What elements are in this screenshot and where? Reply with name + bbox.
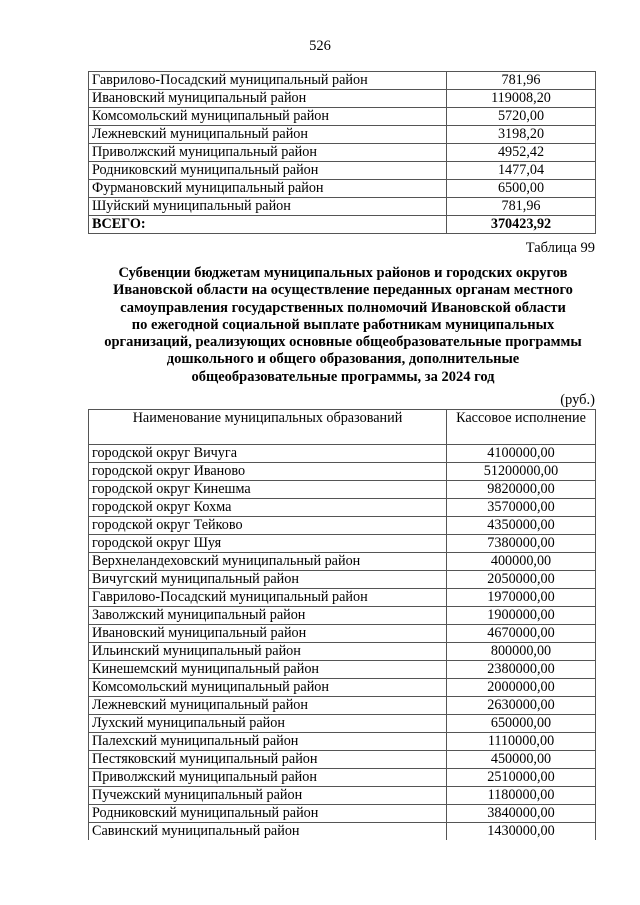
- municipality-name: Ивановский муниципальный район: [89, 625, 447, 643]
- municipality-name: Родниковский муниципальный район: [89, 805, 447, 823]
- municipality-name: Савинский муниципальный район: [89, 823, 447, 841]
- municipality-name: Ивановский муниципальный район: [89, 90, 447, 108]
- amount-value: 2000000,00: [447, 679, 596, 697]
- total-row: ВСЕГО:370423,92: [89, 216, 596, 234]
- municipality-name: Вичугский муниципальный район: [89, 571, 447, 589]
- column-header-value: Кассовое исполнение: [447, 410, 596, 445]
- amount-value: 3840000,00: [447, 805, 596, 823]
- title-line: по ежегодной социальной выплате работник…: [88, 317, 598, 334]
- table-row: городской округ Кохма3570000,00: [89, 499, 596, 517]
- table-row: Комсомольский муниципальный район2000000…: [89, 679, 596, 697]
- municipality-name: Пучежский муниципальный район: [89, 787, 447, 805]
- amount-value: 1110000,00: [447, 733, 596, 751]
- amount-value: 2630000,00: [447, 697, 596, 715]
- amount-value: 1477,04: [447, 162, 596, 180]
- table-row: Ивановский муниципальный район119008,20: [89, 90, 596, 108]
- municipality-name: Родниковский муниципальный район: [89, 162, 447, 180]
- subvention-table: Наименование муниципальных образований К…: [88, 409, 596, 840]
- amount-value: 800000,00: [447, 643, 596, 661]
- municipality-name: городской округ Иваново: [89, 463, 447, 481]
- amount-value: 4952,42: [447, 144, 596, 162]
- amount-value: 7380000,00: [447, 535, 596, 553]
- municipality-name: Лежневский муниципальный район: [89, 126, 447, 144]
- table-row: Родниковский муниципальный район1477,04: [89, 162, 596, 180]
- table-row: Фурмановский муниципальный район6500,00: [89, 180, 596, 198]
- municipality-name: Кинешемский муниципальный район: [89, 661, 447, 679]
- table-row: Родниковский муниципальный район3840000,…: [89, 805, 596, 823]
- municipality-name: Комсомольский муниципальный район: [89, 679, 447, 697]
- table-row: Пучежский муниципальный район1180000,00: [89, 787, 596, 805]
- amount-value: 3570000,00: [447, 499, 596, 517]
- amount-value: 3198,20: [447, 126, 596, 144]
- municipality-name: Приволжский муниципальный район: [89, 144, 447, 162]
- municipality-name: городской округ Тейково: [89, 517, 447, 535]
- title-line: Ивановской области на осуществление пере…: [88, 282, 598, 299]
- table-number-label: Таблица 99: [526, 240, 595, 257]
- table-row: городской округ Иваново51200000,00: [89, 463, 596, 481]
- municipality-name: Гаврилово-Посадский муниципальный район: [89, 589, 447, 607]
- table-row: городской округ Тейково4350000,00: [89, 517, 596, 535]
- municipality-name: Фурмановский муниципальный район: [89, 180, 447, 198]
- municipality-name: Комсомольский муниципальный район: [89, 108, 447, 126]
- municipality-name: городской округ Кинешма: [89, 481, 447, 499]
- table-row: Комсомольский муниципальный район5720,00: [89, 108, 596, 126]
- amount-value: 51200000,00: [447, 463, 596, 481]
- table-row: Приволжский муниципальный район4952,42: [89, 144, 596, 162]
- table-row: Заволжский муниципальный район1900000,00: [89, 607, 596, 625]
- amount-value: 2510000,00: [447, 769, 596, 787]
- table-row: Шуйский муниципальный район781,96: [89, 198, 596, 216]
- amount-value: 6500,00: [447, 180, 596, 198]
- title-line: общеобразовательные программы, за 2024 г…: [88, 369, 598, 386]
- table-row: Пестяковский муниципальный район450000,0…: [89, 751, 596, 769]
- table-row: Ильинский муниципальный район800000,00: [89, 643, 596, 661]
- table-row: Лухский муниципальный район650000,00: [89, 715, 596, 733]
- total-label: ВСЕГО:: [89, 216, 447, 234]
- table-row: Лежневский муниципальный район3198,20: [89, 126, 596, 144]
- table-row: Гаврилово-Посадский муниципальный район1…: [89, 589, 596, 607]
- page-number: 526: [0, 38, 640, 55]
- amount-value: 1900000,00: [447, 607, 596, 625]
- amount-value: 1180000,00: [447, 787, 596, 805]
- table-row: Вичугский муниципальный район2050000,00: [89, 571, 596, 589]
- amount-value: 2050000,00: [447, 571, 596, 589]
- municipality-name: Шуйский муниципальный район: [89, 198, 447, 216]
- amount-value: 650000,00: [447, 715, 596, 733]
- table-row: Палехский муниципальный район1110000,00: [89, 733, 596, 751]
- municipality-name: городской округ Вичуга: [89, 445, 447, 463]
- table-row: Лежневский муниципальный район2630000,00: [89, 697, 596, 715]
- municipality-name: Заволжский муниципальный район: [89, 607, 447, 625]
- amount-value: 400000,00: [447, 553, 596, 571]
- title-line: организаций, реализующих основные общеоб…: [88, 334, 598, 351]
- amount-value: 9820000,00: [447, 481, 596, 499]
- table-row: городской округ Шуя7380000,00: [89, 535, 596, 553]
- amount-value: 2380000,00: [447, 661, 596, 679]
- table-row: Гаврилово-Посадский муниципальный район7…: [89, 72, 596, 90]
- amount-value: 1430000,00: [447, 823, 596, 841]
- amount-value: 4350000,00: [447, 517, 596, 535]
- amount-value: 781,96: [447, 198, 596, 216]
- table-row: городской округ Кинешма9820000,00: [89, 481, 596, 499]
- title-line: Субвенции бюджетам муниципальных районов…: [88, 265, 598, 282]
- municipality-name: Лухский муниципальный район: [89, 715, 447, 733]
- table-row: Ивановский муниципальный район4670000,00: [89, 625, 596, 643]
- municipality-name: Лежневский муниципальный район: [89, 697, 447, 715]
- table-header-row: Наименование муниципальных образований К…: [89, 410, 596, 445]
- municipality-name: городской округ Кохма: [89, 499, 447, 517]
- title-line: дошкольного и общего образования, дополн…: [88, 351, 598, 368]
- table-row: Верхнеландеховский муниципальный район40…: [89, 553, 596, 571]
- title-line: самоуправления государственных полномочи…: [88, 300, 598, 317]
- units-label: (руб.): [560, 392, 595, 409]
- municipality-name: городской округ Шуя: [89, 535, 447, 553]
- previous-table-continuation: Гаврилово-Посадский муниципальный район7…: [88, 71, 596, 234]
- total-value: 370423,92: [447, 216, 596, 234]
- amount-value: 5720,00: [447, 108, 596, 126]
- amount-value: 119008,20: [447, 90, 596, 108]
- table-row: Савинский муниципальный район1430000,00: [89, 823, 596, 841]
- table-title: Субвенции бюджетам муниципальных районов…: [88, 265, 598, 386]
- municipality-name: Гаврилово-Посадский муниципальный район: [89, 72, 447, 90]
- amount-value: 781,96: [447, 72, 596, 90]
- table-row: городской округ Вичуга4100000,00: [89, 445, 596, 463]
- amount-value: 450000,00: [447, 751, 596, 769]
- amount-value: 4670000,00: [447, 625, 596, 643]
- amount-value: 1970000,00: [447, 589, 596, 607]
- table-row: Кинешемский муниципальный район2380000,0…: [89, 661, 596, 679]
- municipality-name: Пестяковский муниципальный район: [89, 751, 447, 769]
- amount-value: 4100000,00: [447, 445, 596, 463]
- municipality-name: Палехский муниципальный район: [89, 733, 447, 751]
- municipality-name: Приволжский муниципальный район: [89, 769, 447, 787]
- municipality-name: Ильинский муниципальный район: [89, 643, 447, 661]
- municipality-name: Верхнеландеховский муниципальный район: [89, 553, 447, 571]
- table-row: Приволжский муниципальный район2510000,0…: [89, 769, 596, 787]
- column-header-name: Наименование муниципальных образований: [89, 410, 447, 445]
